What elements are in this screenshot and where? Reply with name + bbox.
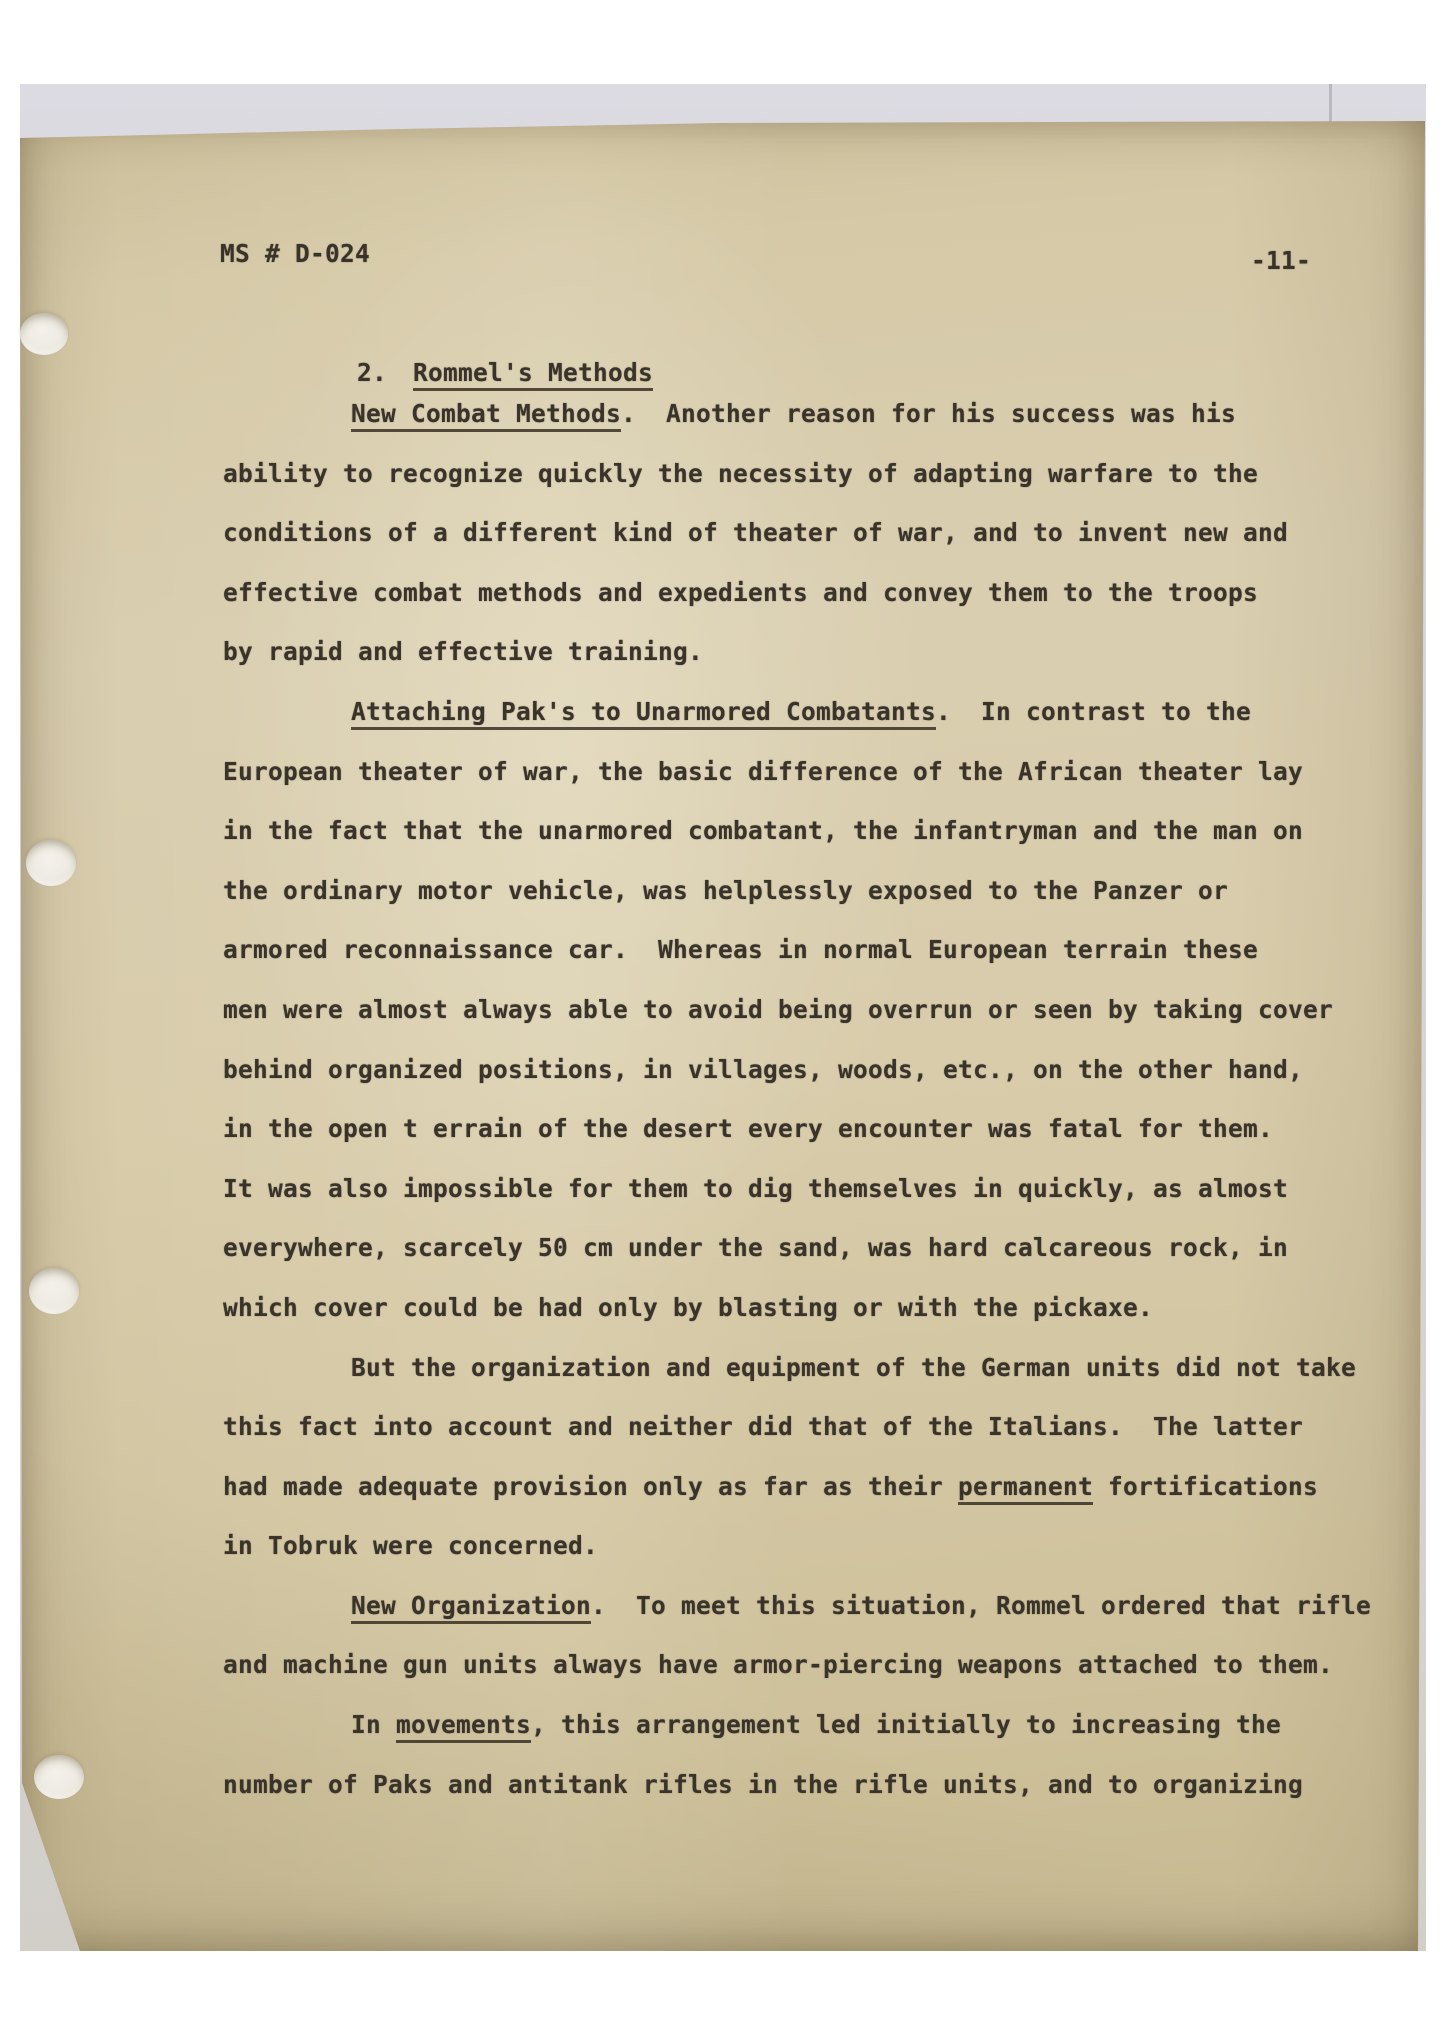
- typewritten-line: men were almost always able to avoid bei…: [223, 980, 1373, 1040]
- underlined-text: permanent: [958, 1472, 1093, 1505]
- text-segment: , this arrangement led initially to incr…: [531, 1710, 1281, 1739]
- underlined-text: movements: [396, 1710, 531, 1743]
- text-segment: It was also impossible for them to dig t…: [223, 1174, 1288, 1203]
- typewritten-line: by rapid and effective training.: [223, 622, 1373, 682]
- punch-hole: [20, 313, 68, 355]
- text-segment: in the fact that the unarmored combatant…: [223, 816, 1303, 845]
- text-segment: . In contrast to the: [936, 697, 1251, 726]
- punch-hole: [29, 1268, 79, 1314]
- text-segment: behind organized positions, in villages,…: [223, 1055, 1303, 1084]
- typewritten-line: ability to recognize quickly the necessi…: [223, 444, 1373, 504]
- text-segment: But the organization and equipment of th…: [351, 1353, 1356, 1382]
- underlined-text: New Combat Methods: [351, 399, 621, 432]
- text-segment: effective combat methods and expedients …: [223, 578, 1258, 607]
- text-segment: by rapid and effective training.: [223, 637, 703, 666]
- punch-hole: [34, 1755, 84, 1799]
- text-segment: conditions of a different kind of theate…: [223, 518, 1288, 547]
- typewritten-line: New Combat Methods. Another reason for h…: [223, 384, 1373, 444]
- typewritten-line: conditions of a different kind of theate…: [223, 503, 1373, 563]
- underlined-text: New Organization: [351, 1591, 591, 1624]
- text-segment: and machine gun units always have armor-…: [223, 1650, 1333, 1679]
- typewritten-line: and machine gun units always have armor-…: [223, 1635, 1373, 1695]
- typewritten-line: number of Paks and antitank rifles in th…: [223, 1755, 1373, 1815]
- typewritten-line: the ordinary motor vehicle, was helpless…: [223, 861, 1373, 921]
- typewritten-line: But the organization and equipment of th…: [223, 1338, 1373, 1398]
- text-segment: men were almost always able to avoid bei…: [223, 995, 1333, 1024]
- underlined-text: Attaching Pak's to Unarmored Combatants: [351, 697, 936, 730]
- text-segment: European theater of war, the basic diffe…: [223, 757, 1303, 786]
- text-segment: which cover could be had only by blastin…: [223, 1293, 1153, 1322]
- typewritten-line: everywhere, scarcely 50 cm under the san…: [223, 1218, 1373, 1278]
- text-segment: . Another reason for his success was his: [621, 399, 1236, 428]
- text-segment: in the open t errain of the desert every…: [223, 1114, 1273, 1143]
- typewritten-line: in the open t errain of the desert every…: [223, 1099, 1373, 1159]
- text-segment: the ordinary motor vehicle, was helpless…: [223, 876, 1228, 905]
- document-body: New Combat Methods. Another reason for h…: [223, 384, 1373, 1814]
- typewritten-line: behind organized positions, in villages,…: [223, 1040, 1373, 1100]
- typewritten-line: armored reconnaissance car. Whereas in n…: [223, 920, 1373, 980]
- text-segment: fortifications: [1093, 1472, 1318, 1501]
- manuscript-number: MS # D-024: [220, 241, 370, 268]
- typewritten-line: Attaching Pak's to Unarmored Combatants.…: [223, 682, 1373, 742]
- typewritten-line: this fact into account and neither did t…: [223, 1397, 1373, 1457]
- typewritten-line: which cover could be had only by blastin…: [223, 1278, 1373, 1338]
- typewritten-line: effective combat methods and expedients …: [223, 563, 1373, 623]
- typewritten-line: in the fact that the unarmored combatant…: [223, 801, 1373, 861]
- text-segment: ability to recognize quickly the necessi…: [223, 459, 1258, 488]
- text-segment: In: [351, 1710, 396, 1739]
- typewritten-line: It was also impossible for them to dig t…: [223, 1159, 1373, 1219]
- text-segment: everywhere, scarcely 50 cm under the san…: [223, 1233, 1288, 1262]
- typewritten-line: In movements, this arrangement led initi…: [223, 1695, 1373, 1755]
- page-number: -11-: [1251, 248, 1311, 275]
- text-segment: in Tobruk were concerned.: [223, 1531, 598, 1560]
- typewritten-line: European theater of war, the basic diffe…: [223, 742, 1373, 802]
- text-segment: armored reconnaissance car. Whereas in n…: [223, 935, 1258, 964]
- typewritten-line: New Organization. To meet this situation…: [223, 1576, 1373, 1636]
- text-segment: had made adequate provision only as far …: [223, 1472, 958, 1501]
- punch-hole: [26, 840, 76, 886]
- text-segment: this fact into account and neither did t…: [223, 1412, 1303, 1441]
- typewritten-line: in Tobruk were concerned.: [223, 1516, 1373, 1576]
- text-segment: number of Paks and antitank rifles in th…: [223, 1770, 1303, 1799]
- typewritten-line: had made adequate provision only as far …: [223, 1457, 1373, 1517]
- text-segment: . To meet this situation, Rommel ordered…: [591, 1591, 1371, 1620]
- scanned-page: MS # D-024 -11- 2.Rommel's Methods New C…: [0, 0, 1440, 2037]
